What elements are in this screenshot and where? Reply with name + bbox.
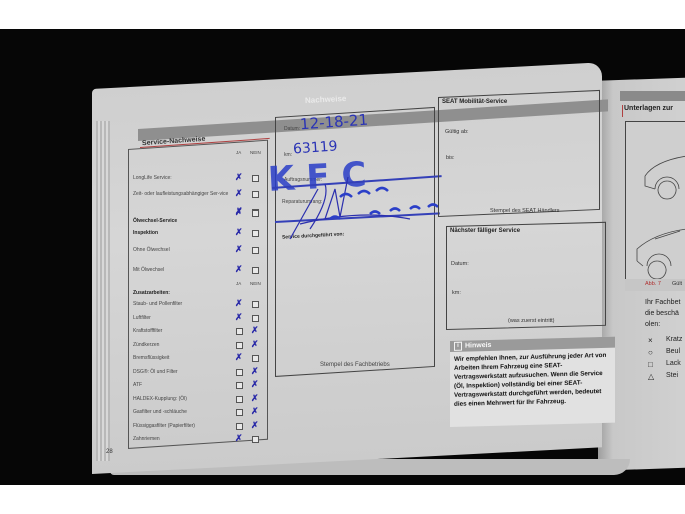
info-icon: i	[454, 341, 462, 350]
checkbox-nein[interactable]	[252, 230, 259, 237]
mobilitaet-box	[438, 90, 600, 217]
datum-label: Datum:	[284, 126, 300, 132]
naechster-km-label: km:	[452, 290, 461, 296]
gueltig-ab-label: Gültig ab:	[445, 129, 469, 135]
zusatzarbeiten-title: Zusatzarbeiten:	[133, 290, 170, 296]
zusatz-row-label: Zahnriemen	[133, 436, 160, 442]
checkbox-ja[interactable]	[236, 328, 243, 335]
service-row-label: Inspektion	[133, 230, 158, 236]
checkbox-nein[interactable]	[252, 175, 259, 182]
right-title-accent	[622, 105, 623, 117]
zusatz-row-label: DSG®: Öl und Filter	[133, 369, 178, 375]
checkmark-ja[interactable]: ✗	[235, 265, 243, 274]
col-nein-header: NEIN	[250, 150, 261, 155]
service-row-label: LongLife Service:	[133, 175, 172, 181]
legend-label: Beul	[666, 348, 680, 355]
stamp-caption: Stempel des Fachbetriebs	[320, 362, 390, 368]
right-page-title: Unterlagen zur	[624, 105, 673, 112]
checkbox-ja[interactable]	[236, 342, 243, 349]
service-row-label: Zeit- oder laufleistungsabhängiger Ser-v…	[133, 191, 228, 197]
bis-label: bis:	[446, 155, 455, 161]
mobilitaet-stamp-caption: Stempel des SEAT Händlers	[490, 208, 560, 214]
checkmark-ja[interactable]: ✗	[235, 208, 243, 217]
naechster-service-title: Nächster fälliger Service	[450, 228, 520, 234]
checkmark-ja[interactable]: ✗	[235, 228, 243, 237]
zusatz-row-label: HALDEX-Kupplung: (Öl)	[133, 396, 187, 402]
checkbox-nein[interactable]	[252, 436, 259, 443]
col-nein-header: NEIN	[250, 281, 261, 286]
checkmark-ja[interactable]: ✗	[235, 313, 243, 322]
checkmark-nein[interactable]: ✗	[251, 380, 259, 389]
checkmark-nein[interactable]: ✗	[251, 340, 259, 349]
legend-symbol-icon: □	[648, 360, 653, 369]
checkbox-ja[interactable]	[236, 382, 243, 389]
km-label: km:	[284, 152, 292, 158]
service-row-label: Ölwechsel-Service	[133, 218, 177, 224]
service-row-label: Ohne Ölwechsel	[133, 247, 170, 253]
legend-symbol-icon: ○	[648, 348, 653, 357]
checkmark-ja[interactable]: ✗	[235, 173, 243, 182]
naechster-datum-label: Datum:	[451, 261, 469, 267]
car-illustration	[625, 121, 685, 279]
naechster-note: (was zuerst eintritt)	[508, 318, 554, 324]
checkmark-ja[interactable]: ✗	[235, 189, 243, 198]
checkbox-nein[interactable]	[252, 355, 259, 362]
zusatz-row-label: Zündkerzen	[133, 342, 159, 348]
zusatz-row-label: Gasfilter und -schläuche	[133, 409, 187, 415]
checkmark-ja[interactable]: ✗	[235, 434, 243, 443]
checkbox-nein[interactable]	[252, 315, 259, 322]
col-ja-header: JA	[236, 281, 241, 286]
legend-label: Kratz	[666, 336, 682, 343]
checkbox-nein[interactable]	[252, 267, 259, 274]
legend-label: Stei	[666, 372, 678, 379]
checkmark-nein[interactable]: ✗	[251, 421, 259, 430]
checkbox-nein[interactable]	[252, 247, 259, 254]
zusatz-row-label: Bremsflüssigkeit	[133, 355, 169, 361]
right-text-line: Ihr Fachbet	[645, 299, 680, 306]
km-value: 63119	[292, 138, 338, 157]
zusatz-row-label: Kraftstofffilter	[133, 328, 162, 334]
legend-symbol-icon: ×	[648, 336, 653, 345]
legend-label: Lack	[666, 360, 681, 367]
page-number: 28	[106, 449, 113, 455]
hinweis-text: Wir empfehlen Ihnen, zur Ausführung jede…	[450, 348, 615, 412]
checkmark-nein[interactable]: ✗	[251, 394, 259, 403]
checkbox-nein[interactable]	[252, 301, 259, 308]
checkmark-ja[interactable]: ✗	[235, 245, 243, 254]
zusatz-row-label: Staub- und Pollenfilter	[133, 301, 182, 307]
checkmark-ja[interactable]: ✗	[235, 299, 243, 308]
hinweis-box: iHinweis Wir empfehlen Ihnen, zur Ausfüh…	[450, 337, 615, 427]
zusatz-row-label: ATF	[133, 382, 142, 388]
checkbox-ja[interactable]	[236, 396, 243, 403]
zusatz-row-label: Luftfilter	[133, 315, 151, 321]
service-row-label: Mit Ölwechsel	[133, 267, 164, 273]
checkbox-ja[interactable]	[236, 423, 243, 430]
hinweis-title: Hinweis	[465, 342, 491, 350]
figure-number: Abb. 7	[645, 281, 661, 287]
checkbox-nein[interactable]	[252, 210, 259, 217]
zusatz-row-label: Flüssiggasfilter (Papierfilter)	[133, 423, 195, 429]
checkbox-nein[interactable]	[252, 191, 259, 198]
naechster-service-box	[446, 222, 606, 330]
checkmark-nein[interactable]: ✗	[251, 326, 259, 335]
legend-symbol-icon: △	[648, 372, 654, 381]
checkbox-ja[interactable]	[236, 409, 243, 416]
page-stack-edge	[96, 121, 110, 461]
col-ja-header: JA	[236, 150, 241, 155]
photo: Nachweise Service-Nachweise JANEINLongLi…	[0, 29, 685, 485]
checkbox-ja[interactable]	[236, 369, 243, 376]
signature	[270, 169, 450, 249]
checkmark-nein[interactable]: ✗	[251, 407, 259, 416]
right-text-line: die beschä	[645, 310, 679, 317]
checkmark-ja[interactable]: ✗	[235, 353, 243, 362]
mobilitaet-title: SEAT Mobilität-Service	[442, 99, 507, 105]
right-text-line: olen:	[645, 321, 660, 328]
figure-caption: Gült	[672, 281, 682, 287]
checkmark-nein[interactable]: ✗	[251, 367, 259, 376]
right-header-bar	[620, 91, 685, 101]
